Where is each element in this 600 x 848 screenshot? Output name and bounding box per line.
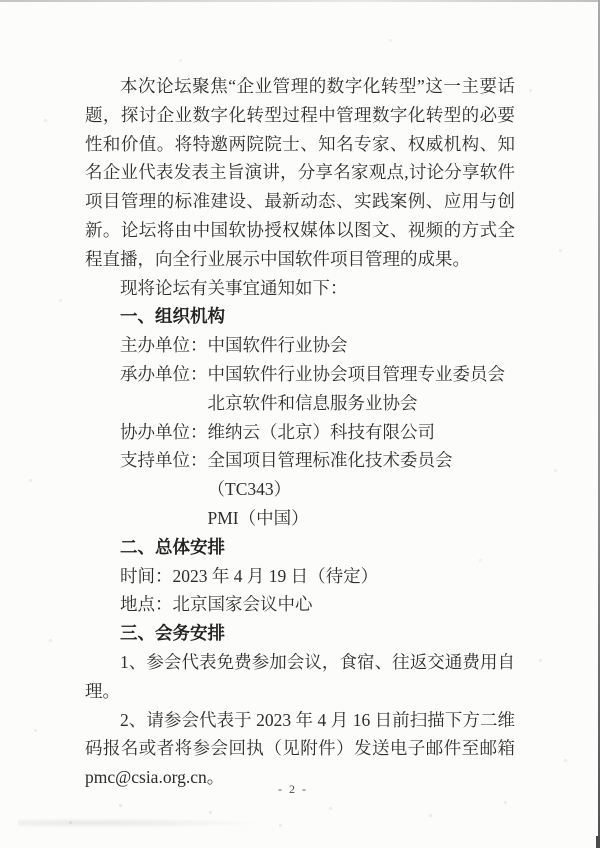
org-row-organizer: 承办单位： 中国软件行业协会项目管理专业委员会 北京软件和信息服务业协会	[85, 360, 515, 418]
section-heading-organization: 一、组织机构	[85, 302, 515, 331]
logistics-paragraph-1: 1、参会代表免费参加会议，食宿、往返交通费用自理。	[85, 648, 515, 706]
scanned-document-page: 本次论坛聚焦“企业管理的数字化转型”这一主要话题，探讨企业数字化转型过程中管理数…	[0, 0, 600, 848]
notice-lead-paragraph: 现将论坛有关事宜通知如下：	[85, 274, 515, 303]
document-body: 本次论坛聚焦“企业管理的数字化转型”这一主要话题，探讨企业数字化转型过程中管理数…	[85, 72, 515, 792]
org-value-co-organizer: 维纳云（北京）科技有限公司	[208, 418, 436, 447]
schedule-row-time: 时间： 2023 年 4 月 19 日（待定）	[85, 562, 515, 591]
scan-edge-top	[0, 0, 600, 2]
org-value-supporter-2: PMI（中国）	[208, 504, 516, 533]
org-row-co-organizer: 协办单位： 维纳云（北京）科技有限公司	[85, 418, 515, 447]
org-value-host: 中国软件行业协会	[208, 331, 348, 360]
logistics-paragraph-2: 2、请参会代表于 2023 年 4 月 16 日前扫描下方二维码报名或者将参会回…	[85, 706, 515, 792]
section-heading-schedule: 二、总体安排	[85, 533, 515, 562]
scan-corner-artifact	[596, 836, 600, 848]
schedule-value-location: 北京国家会议中心	[173, 590, 313, 619]
page-number: - 2 -	[0, 782, 586, 797]
section-heading-logistics: 三、会务安排	[85, 619, 515, 648]
org-label-organizer: 承办单位：	[120, 360, 208, 418]
org-row-host: 主办单位： 中国软件行业协会	[85, 331, 515, 360]
scan-smudge	[18, 818, 268, 828]
org-label-host: 主办单位：	[120, 331, 208, 360]
schedule-label-time: 时间：	[120, 562, 173, 591]
org-value-supporter-1: 全国项目管理标准化技术委员会（TC343）	[208, 446, 516, 504]
schedule-label-location: 地点：	[120, 590, 173, 619]
intro-paragraph: 本次论坛聚焦“企业管理的数字化转型”这一主要话题，探讨企业数字化转型过程中管理数…	[85, 72, 515, 274]
org-value-organizer-2: 北京软件和信息服务业协会	[208, 389, 506, 418]
schedule-row-location: 地点： 北京国家会议中心	[85, 590, 515, 619]
org-label-supporter: 支持单位：	[120, 446, 208, 532]
org-value-organizer-1: 中国软件行业协会项目管理专业委员会	[208, 360, 506, 389]
org-label-co-organizer: 协办单位：	[120, 418, 208, 447]
org-row-supporter: 支持单位： 全国项目管理标准化技术委员会（TC343） PMI（中国）	[85, 446, 515, 532]
schedule-value-time: 2023 年 4 月 19 日（待定）	[173, 562, 379, 591]
scan-noise	[0, 0, 1, 1]
